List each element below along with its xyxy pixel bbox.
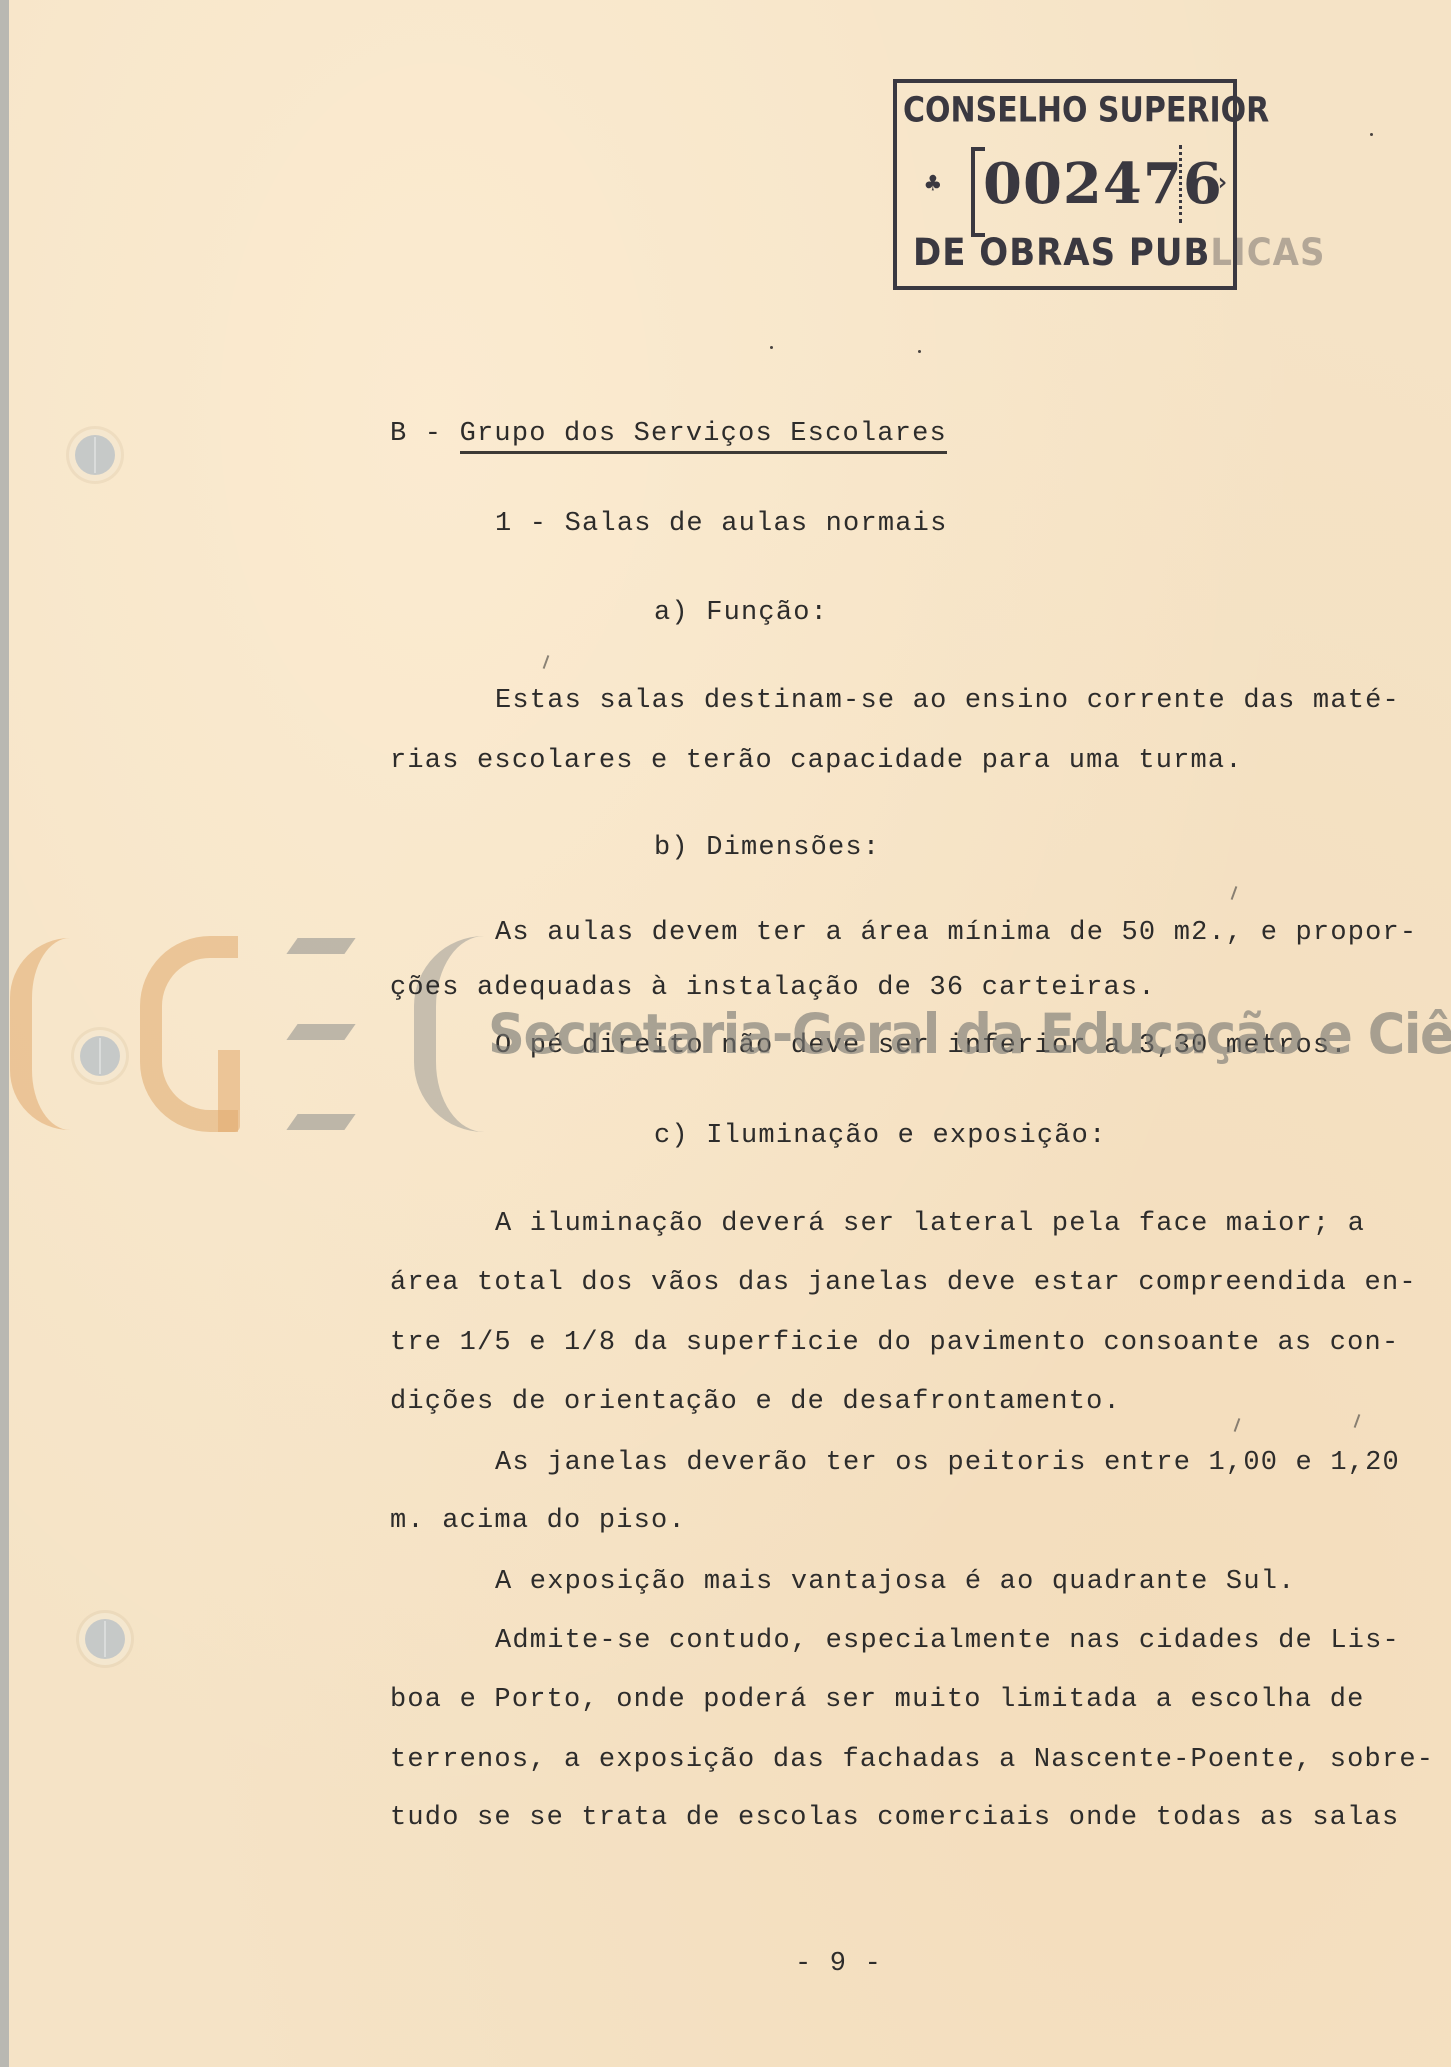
paper-speck — [770, 346, 773, 349]
watermark-logo-letter-s — [10, 938, 70, 1130]
stamp-dotted-line — [1179, 145, 1182, 223]
paragraph-line: Admite-se contudo, especialmente nas cid… — [495, 1625, 1400, 1657]
paragraph-line: dições de orientação e de desafrontament… — [390, 1386, 1121, 1418]
stamp-number: 002476 — [983, 149, 1223, 219]
heading-b: b) Dimensões: — [654, 832, 880, 864]
stamp-subtitle: DE OBRAS PUBLICAS — [913, 231, 1325, 275]
stray-mark — [543, 655, 550, 669]
section-heading: B - Grupo dos Serviços Escolares — [390, 418, 947, 450]
paragraph-line: Estas salas destinam-se ao ensino corren… — [495, 685, 1400, 717]
registry-stamp: CONSELHO SUPERIOR ♣ 002476 › DE OBRAS PU… — [893, 79, 1237, 290]
punch-hole-icon — [80, 1036, 120, 1076]
punch-hole-icon — [75, 435, 115, 475]
paragraph-line: terrenos, a exposição das fachadas a Nas… — [390, 1744, 1434, 1776]
paper-speck — [918, 350, 921, 353]
scan-edge — [0, 0, 9, 2067]
paragraph-line: área total dos vãos das janelas deve est… — [390, 1267, 1417, 1299]
arrow-icon: › — [1215, 167, 1229, 197]
paragraph-line: rias escolares e terão capacidade para u… — [390, 745, 1243, 777]
section-prefix: B - — [390, 419, 460, 449]
paragraph-line: A exposição mais vantajosa é ao quadrant… — [495, 1566, 1296, 1598]
paragraph-line: As janelas deverão ter os peitoris entre… — [495, 1447, 1400, 1479]
paper-speck — [1370, 133, 1373, 136]
paragraph-line: m. acima do piso. — [390, 1505, 686, 1537]
page-number: - 9 - — [795, 1948, 882, 1980]
paragraph-line: A iluminação deverá ser lateral pela fac… — [495, 1208, 1365, 1240]
subsection-heading: 1 - Salas de aulas normais — [495, 508, 947, 540]
stray-mark — [1354, 1414, 1361, 1428]
watermark-logo-letter-e-middle — [286, 1024, 355, 1040]
watermark-logo-letter-g-tail — [218, 1050, 240, 1132]
paragraph-line: tre 1/5 e 1/8 da superficie do pavimento… — [390, 1327, 1399, 1359]
section-title: Grupo dos Serviços Escolares — [460, 419, 947, 454]
stray-mark — [1234, 1418, 1241, 1432]
paragraph-line: boa e Porto, onde poderá ser muito limit… — [390, 1684, 1365, 1716]
watermark-logo-letter-e-top — [286, 938, 355, 954]
paragraph-line: ções adequadas à instalação de 36 cartei… — [390, 972, 1156, 1004]
clover-icon: ♣ — [925, 169, 941, 199]
stray-mark — [1231, 886, 1238, 900]
heading-a: a) Função: — [654, 597, 828, 629]
paragraph-line: tudo se se trata de escolas comerciais o… — [390, 1802, 1399, 1834]
watermark-text: Secretaria-Geral da Educação e Ciência — [488, 1002, 1451, 1066]
watermark-logo-letter-e-bottom — [286, 1114, 355, 1130]
stamp-subtitle-visible: DE OBRAS PUB — [913, 231, 1210, 275]
paragraph-line: As aulas devem ter a área mínima de 50 m… — [495, 917, 1417, 949]
punch-hole-icon — [85, 1619, 125, 1659]
document-page: CONSELHO SUPERIOR ♣ 002476 › DE OBRAS PU… — [0, 0, 1451, 2067]
stamp-title: CONSELHO SUPERIOR — [903, 90, 1229, 130]
heading-c: c) Iluminação e exposição: — [654, 1120, 1106, 1152]
stamp-subtitle-faded: LICAS — [1210, 231, 1325, 275]
